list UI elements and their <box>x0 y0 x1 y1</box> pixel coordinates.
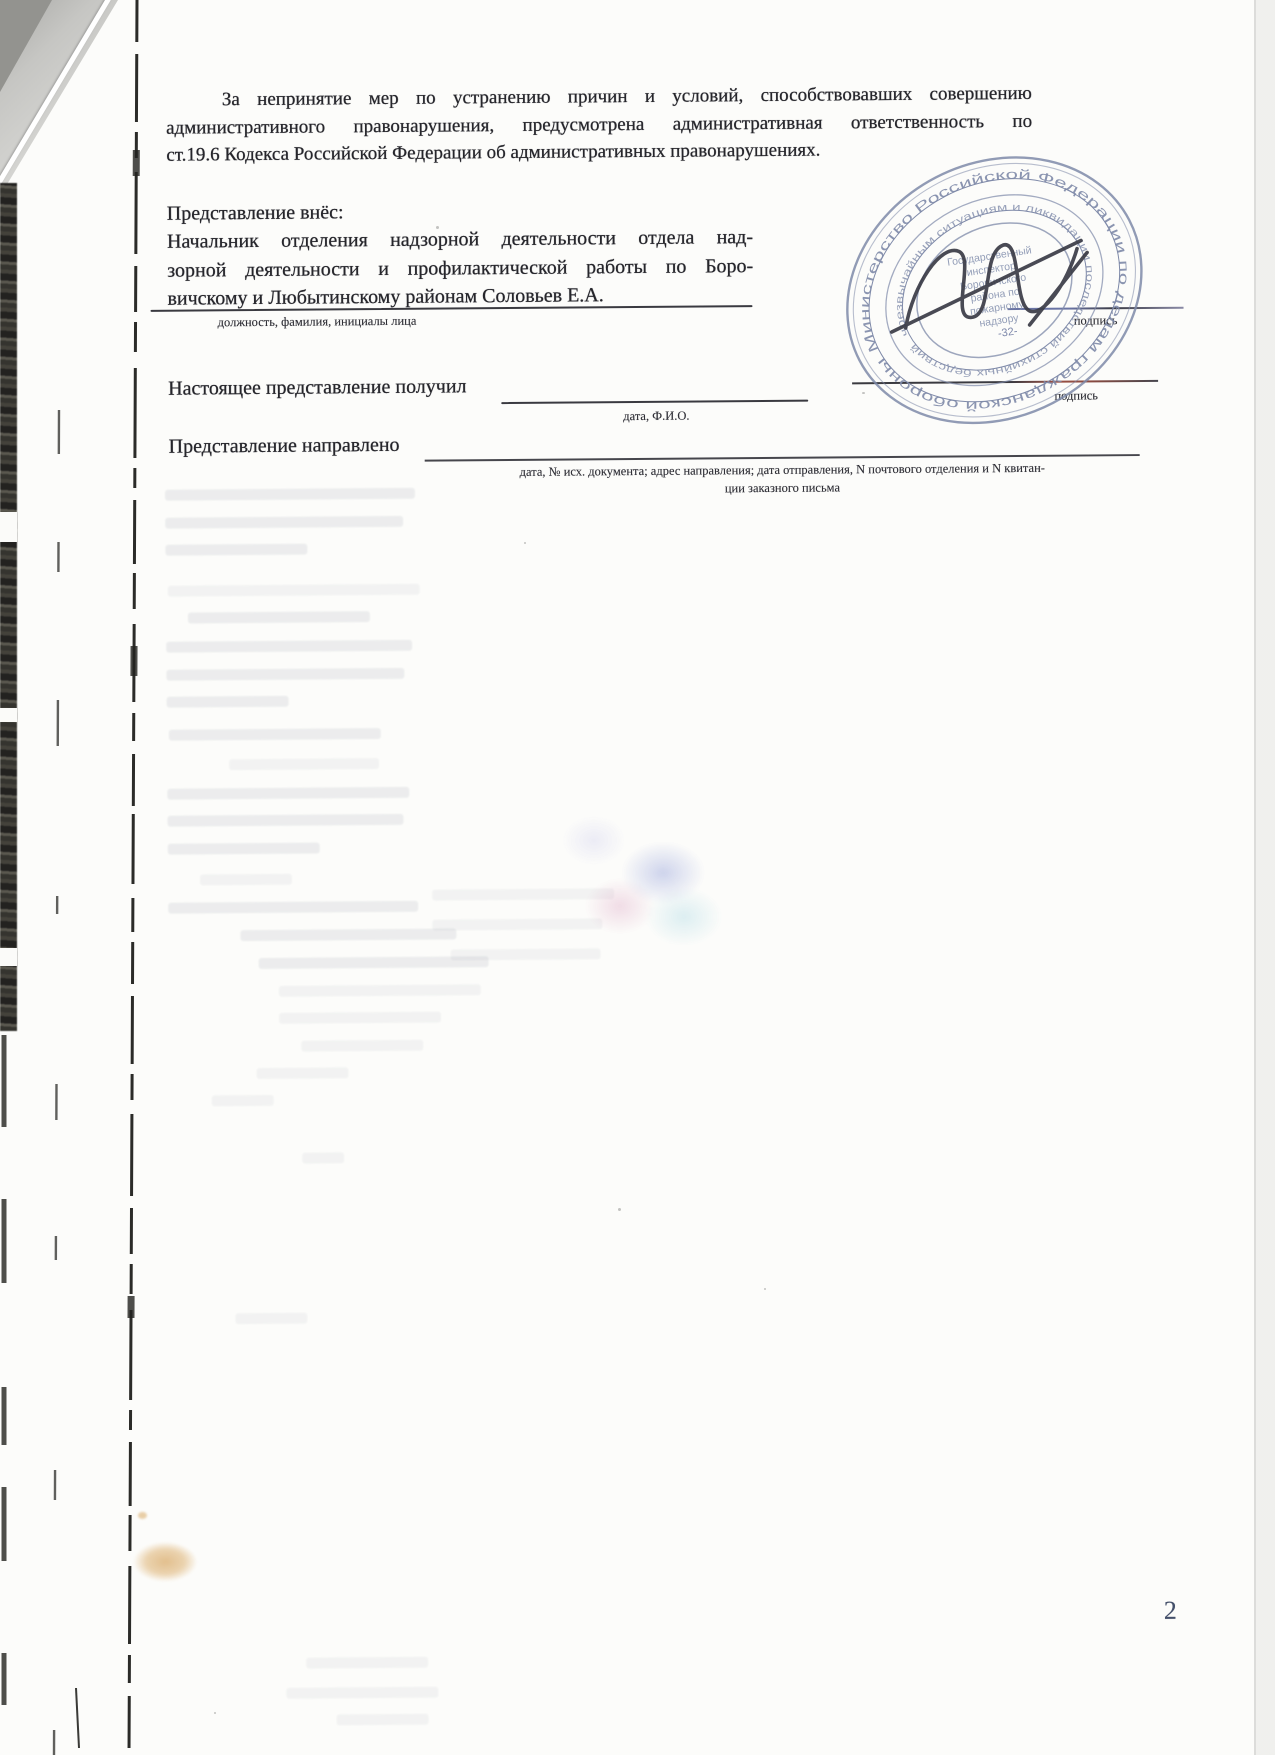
tan-stain-dot <box>138 1512 147 1519</box>
tan-stain <box>133 1541 197 1582</box>
received-caption: дата, Ф.И.О. <box>556 408 756 425</box>
sent-label: Представление направлено <box>168 434 399 459</box>
scanned-document-page: За непринятие мер по устранению причин и… <box>0 0 1275 1755</box>
submitted-by-block: Представление внёс: Начальник отделения … <box>167 195 754 313</box>
position-name-caption: должность, фамилия, инициалы лица <box>218 314 417 331</box>
submitted-by-heading: Представление внёс: <box>167 195 753 228</box>
stamp-number: -32- <box>997 325 1018 340</box>
color-smudge <box>504 751 761 973</box>
page-number: 2 <box>1164 1596 1177 1626</box>
official-stamp: Министерство Российской Федерации по дел… <box>832 154 1156 427</box>
sent-caption-line1: дата, № исх. документа; адрес направлени… <box>425 460 1140 481</box>
printed-content: За непринятие мер по устранению причин и… <box>0 0 1275 1755</box>
bleed-through-text <box>0 0 1268 5</box>
received-fill-line <box>501 400 808 404</box>
submitted-by-line: Начальник отделения надзорной деятельнос… <box>167 223 753 256</box>
submitted-by-line: зорной деятельности и профилактической р… <box>167 252 753 285</box>
received-label: Настоящее представление получил <box>168 375 467 400</box>
sent-caption-line2: ции заказного письма <box>425 478 1140 499</box>
